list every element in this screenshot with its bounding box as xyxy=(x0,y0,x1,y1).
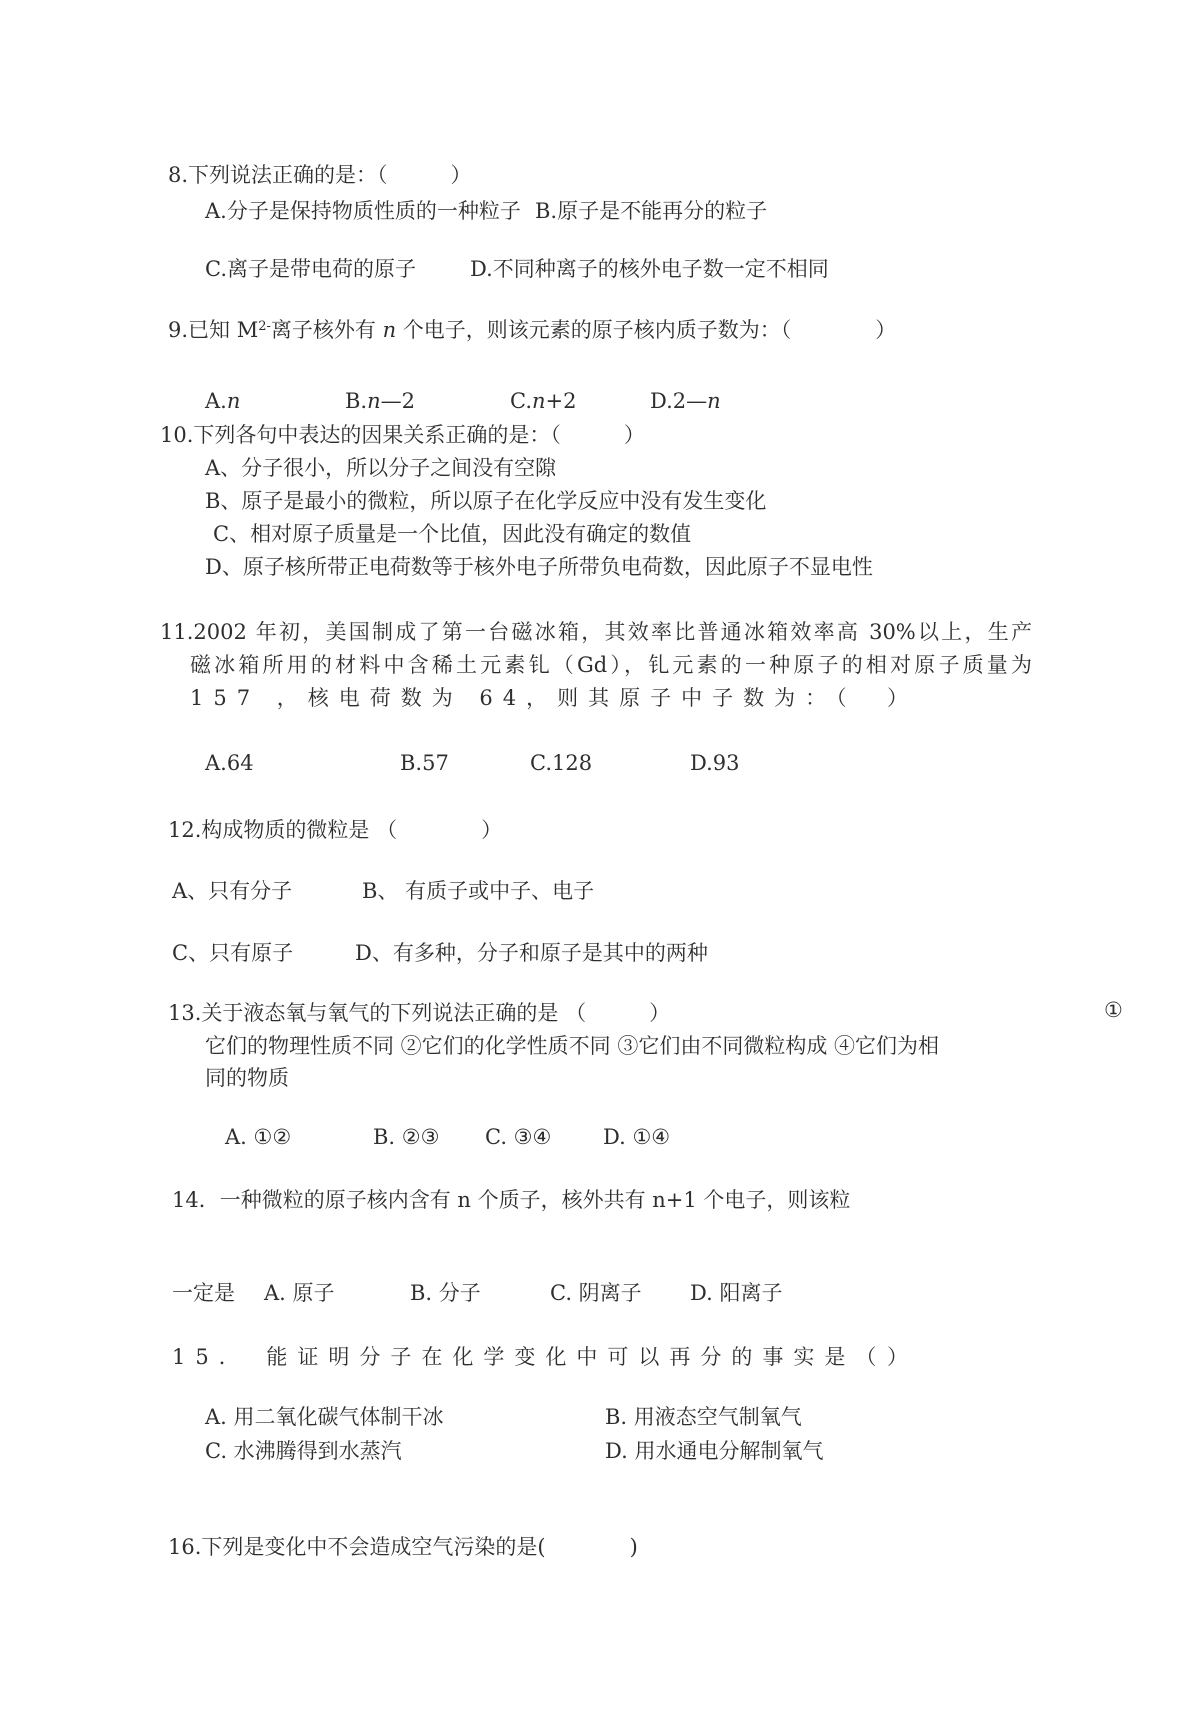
question-11-option-a: A.64 xyxy=(205,748,400,778)
question-14-option-d: D. 阳离子 xyxy=(690,1278,782,1308)
question-10-option-d: D、原子核所带正电荷数等于核外电子所带负电荷数，因此原子不显电性 xyxy=(205,552,873,582)
question-8-options-row-1: A.分子是保持物质性质的一种粒子B.原子是不能再分的粒子 xyxy=(205,196,767,226)
question-13-options-row: A. ①②B. ②③C. ③④D. ①④ xyxy=(225,1122,670,1152)
question-15-title-text: 15． 能证明分子在化学变化中可以再分的事实是（ xyxy=(172,1342,886,1372)
variable-n: n xyxy=(367,389,381,413)
question-13-option-a: A. ①② xyxy=(225,1122,373,1152)
question-11-option-b: B.57 xyxy=(400,748,530,778)
variable-n: n xyxy=(227,389,241,413)
question-8-option-c: C.离子是带电荷的原子 xyxy=(205,254,470,284)
question-13-line-1: 它们的物理性质不同 ②它们的化学性质不同 ③它们由不同微粒构成 ④它们为相 xyxy=(205,1031,939,1061)
question-14-option-a: A. 原子 xyxy=(264,1278,410,1308)
question-11-options-row: A.64B.57C.128D.93 xyxy=(205,748,740,778)
question-15-options-row-2: C. 水沸腾得到水蒸汽D. 用水通电分解制氧气 xyxy=(205,1436,823,1466)
question-12-option-d: D、有多种，分子和原子是其中的两种 xyxy=(355,938,708,968)
question-9-option-d: D.2—n xyxy=(650,386,721,416)
question-10-option-b: B、原子是最小的微粒，所以原子在化学反应中没有发生变化 xyxy=(205,486,766,516)
question-9-ion-charge-superscript: 2- xyxy=(258,319,271,334)
question-8-options-row-2: C.离子是带电荷的原子D.不同种离子的核外电子数一定不相同 xyxy=(205,254,829,284)
question-13-line-2: 同的物质 xyxy=(205,1063,289,1093)
question-8-option-a: A.分子是保持物质性质的一种粒子 xyxy=(205,196,535,226)
question-12-option-c: C、只有原子 xyxy=(172,938,355,968)
question-16-title: 16.下列是变化中不会造成空气污染的是( ) xyxy=(168,1532,638,1562)
question-14-lead-text: 一定是 xyxy=(172,1278,264,1308)
question-13-option-b: B. ②③ xyxy=(373,1122,485,1152)
option-text: —2 xyxy=(381,389,415,413)
option-text: +2 xyxy=(546,389,577,413)
question-8-option-d: D.不同种离子的核外电子数一定不相同 xyxy=(470,254,829,284)
variable-n: n xyxy=(532,389,546,413)
question-9-option-a: A.n xyxy=(205,386,345,416)
question-9-title: 9.已知 M2-离子核外有 n 个电子，则该元素的原子核内质子数为：（ ） xyxy=(168,315,896,345)
question-11-option-d: D.93 xyxy=(690,748,740,778)
question-15-options-row-1: A. 用二氧化碳气体制干冰B. 用液态空气制氧气 xyxy=(205,1402,802,1432)
question-13-option-d: D. ①④ xyxy=(603,1122,670,1152)
question-15-title: 15． 能证明分子在化学变化中可以再分的事实是（） xyxy=(172,1342,908,1372)
question-12-options-row-2: C、只有原子D、有多种，分子和原子是其中的两种 xyxy=(172,938,708,968)
question-10-title: 10.下列各句中表达的因果关系正确的是：（ ） xyxy=(160,420,645,450)
question-11-line-3-text: 157 ，核电荷数为 64，则其原子中子数为：（ xyxy=(190,683,857,713)
question-11-line-2: 磁冰箱所用的材料中含稀土元素钆（Gd），钆元素的一种原子的相对原子质量为 xyxy=(190,650,1032,680)
question-9-title-text: 9.已知 M xyxy=(168,318,258,342)
question-9-title-text: 个电子，则该元素的原子核内质子数为：（ ） xyxy=(396,318,896,342)
question-9-option-b: B.n—2 xyxy=(345,386,510,416)
question-13-title: 13.关于液态氧与氧气的下列说法正确的是 （ ） xyxy=(168,998,670,1028)
question-14-options-row: 一定是A. 原子B. 分子C. 阴离子D. 阳离子 xyxy=(172,1278,782,1308)
question-15-option-a: A. 用二氧化碳气体制干冰 xyxy=(205,1402,605,1432)
question-9-option-c: C.n+2 xyxy=(510,386,650,416)
question-8-title: 8.下列说法正确的是：（ ） xyxy=(168,160,472,190)
question-15-option-d: D. 用水通电分解制氧气 xyxy=(605,1436,823,1466)
circled-one-marker: ① xyxy=(1104,995,1123,1025)
question-8-option-b: B.原子是不能再分的粒子 xyxy=(535,196,767,226)
option-label: C. xyxy=(510,389,532,413)
question-13-option-c: C. ③④ xyxy=(485,1122,603,1152)
question-14-option-c: C. 阴离子 xyxy=(550,1278,690,1308)
question-15-option-b: B. 用液态空气制氧气 xyxy=(605,1402,802,1432)
variable-n: n xyxy=(707,389,721,413)
question-10-option-a: A、分子很小，所以分子之间没有空隙 xyxy=(205,453,556,483)
question-11-line-1: 11.2002 年初，美国制成了第一台磁冰箱，其效率比普通冰箱效率高 30%以上… xyxy=(160,617,1032,647)
document-page: 8.下列说法正确的是：（ ） A.分子是保持物质性质的一种粒子B.原子是不能再分… xyxy=(0,0,1182,1713)
option-label: D.2— xyxy=(650,389,707,413)
question-12-title: 12.构成物质的微粒是 （ ） xyxy=(168,815,502,845)
option-label: A. xyxy=(205,389,227,413)
question-12-option-a: A、只有分子 xyxy=(172,876,362,906)
question-11-option-c: C.128 xyxy=(530,748,690,778)
question-10-option-c: C、相对原子质量是一个比值，因此没有确定的数值 xyxy=(213,519,691,549)
question-12-options-row-1: A、只有分子B、 有质子或中子、电子 xyxy=(172,876,594,906)
question-15-close-paren: ） xyxy=(887,1342,908,1372)
question-9-title-text: 离子核外有 xyxy=(271,318,383,342)
question-11-line-3: 157 ，核电荷数为 64，则其原子中子数为：（） xyxy=(190,683,908,713)
question-14-option-b: B. 分子 xyxy=(410,1278,550,1308)
question-11-close-paren: ） xyxy=(887,683,908,713)
question-14-title: 14．一种微粒的原子核内含有 n 个质子，核外共有 n+1 个电子，则该粒 xyxy=(172,1185,850,1215)
option-label: B. xyxy=(345,389,367,413)
question-12-option-b: B、 有质子或中子、电子 xyxy=(362,876,594,906)
question-9-options-row: A.nB.n—2C.n+2D.2—n xyxy=(205,386,721,416)
question-9-variable-n: n xyxy=(383,318,397,342)
question-15-option-c: C. 水沸腾得到水蒸汽 xyxy=(205,1436,605,1466)
